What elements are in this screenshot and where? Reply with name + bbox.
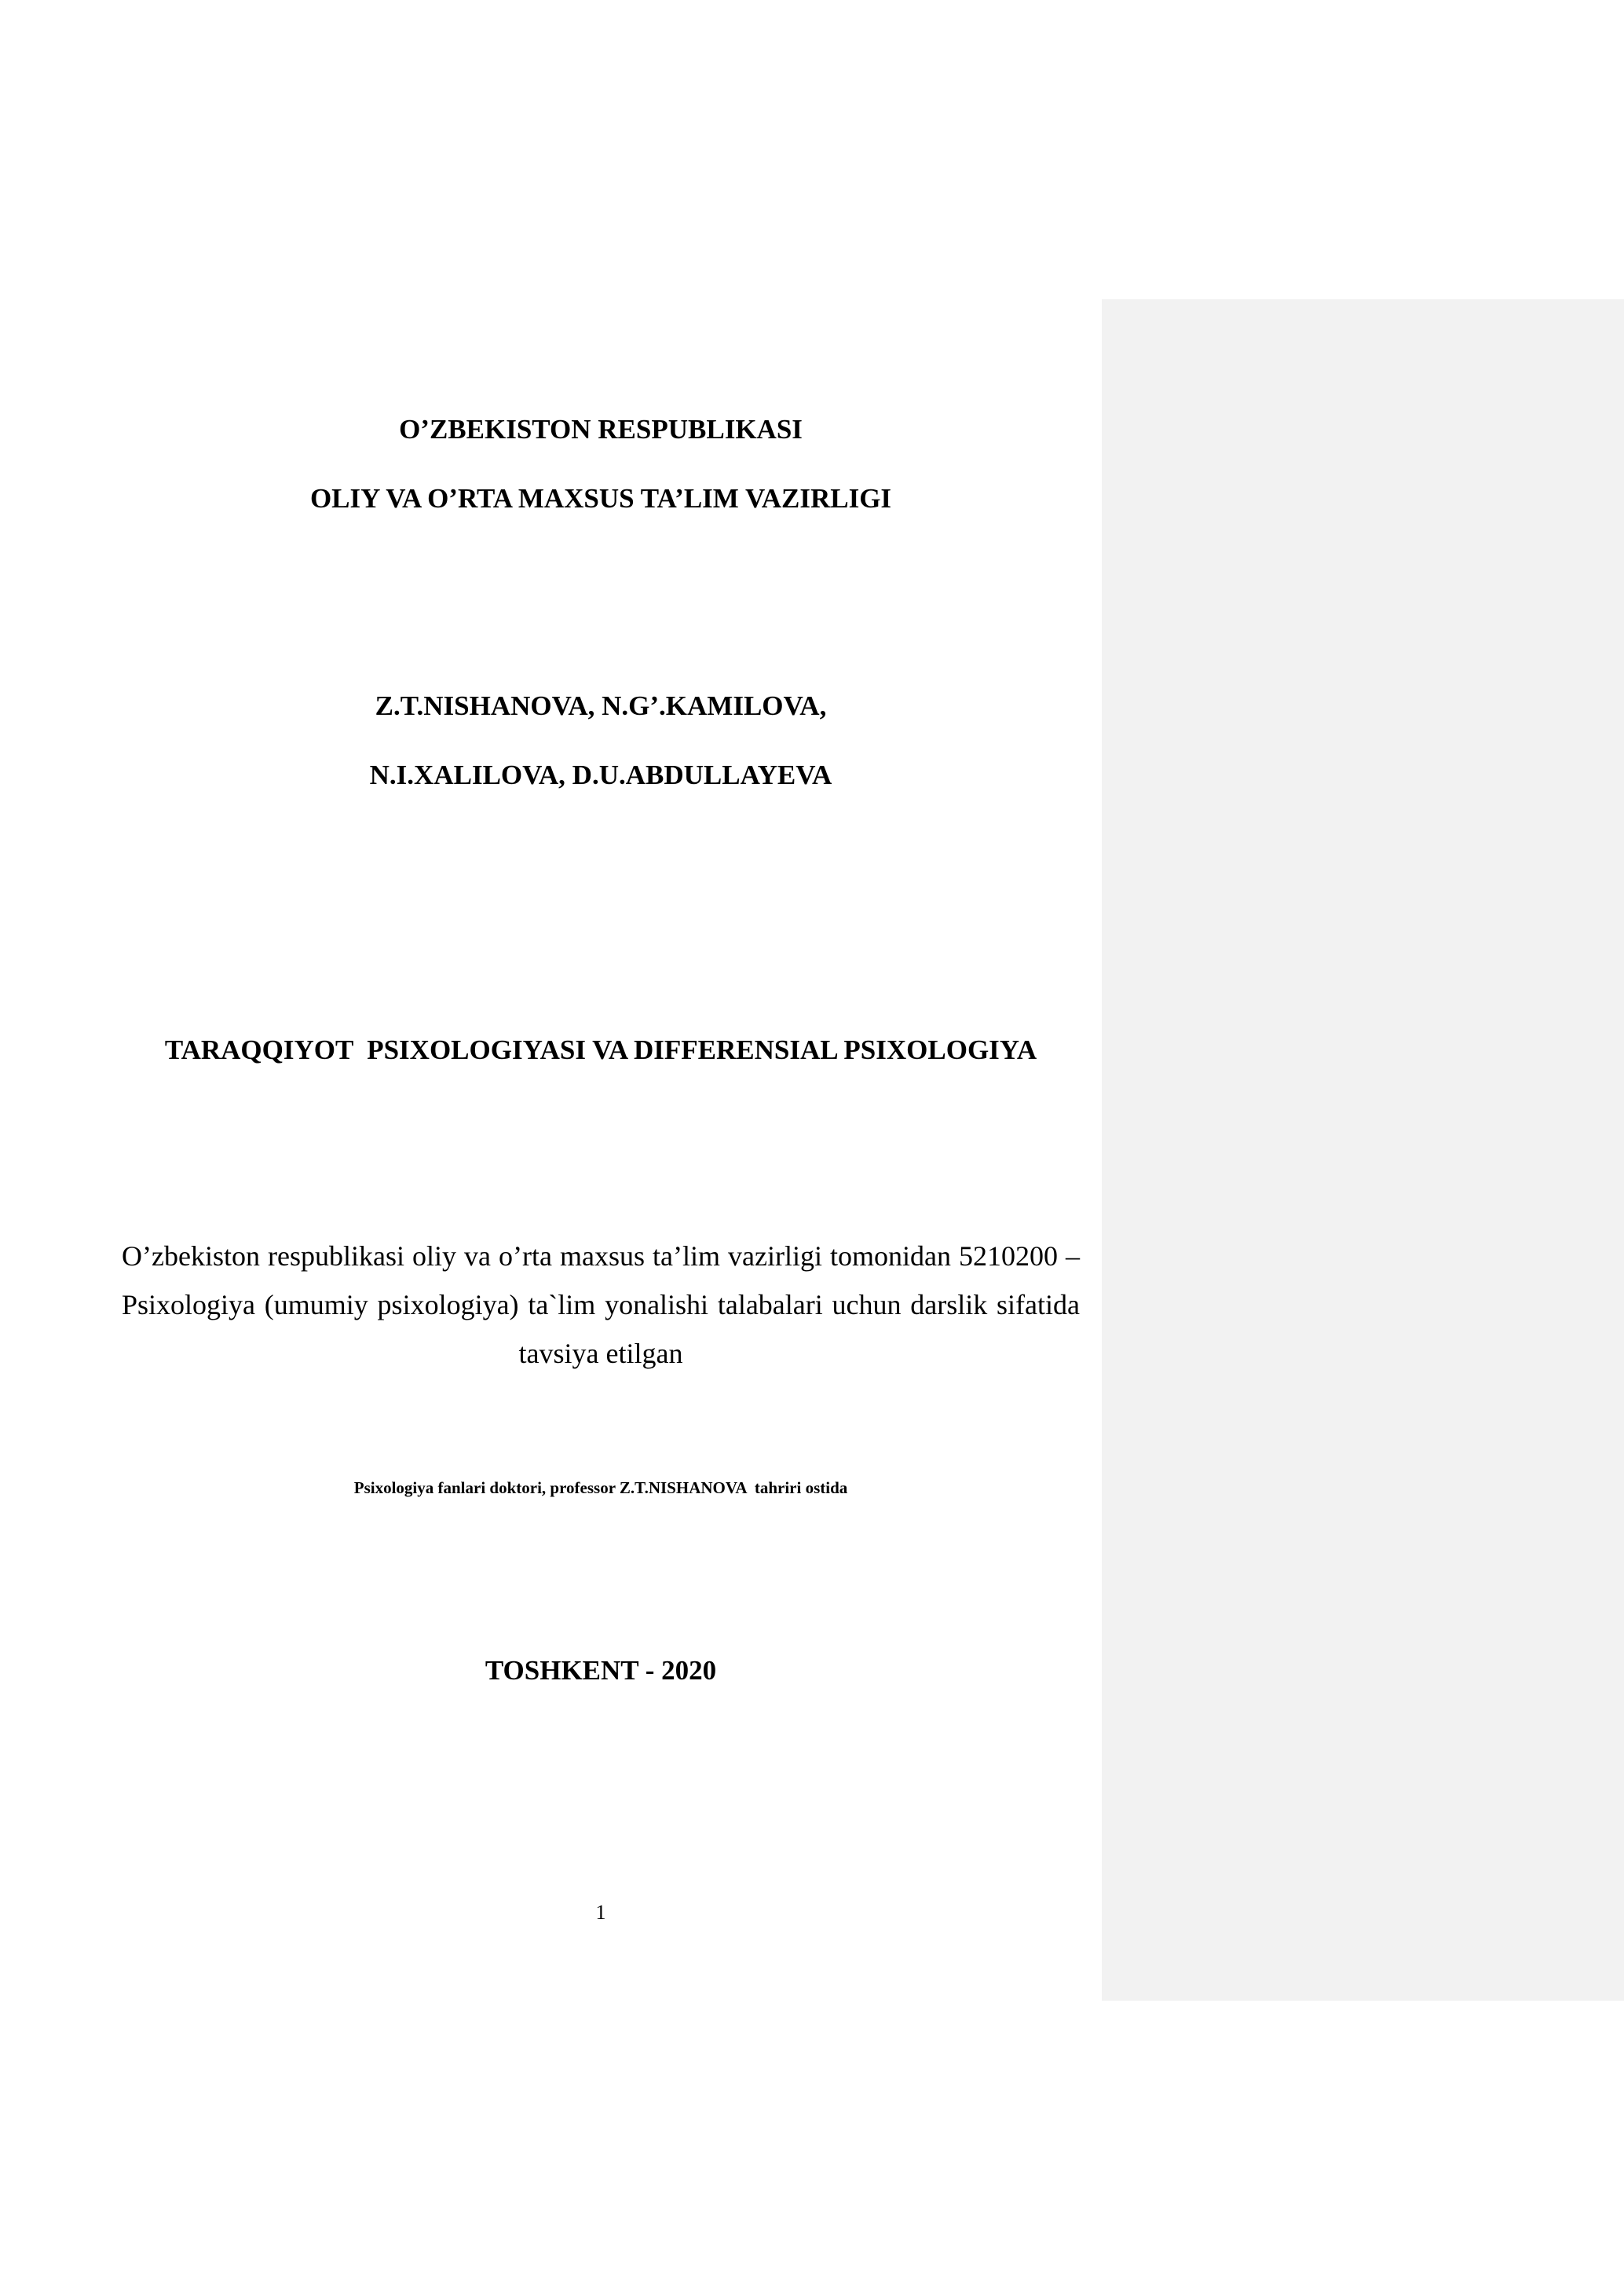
recommendation-line-2: Psixologiya (umumiy psixologiya) ta`lim … [122, 1291, 1080, 1319]
recommendation-line-3: tavsiya etilgan [122, 1339, 1080, 1368]
recommendation-line-1: O’zbekiston respublikasi oliy va o’rta m… [122, 1242, 1080, 1270]
authors-line-1: Z.T.NISHANOVA, N.G’.KAMILOVA, [122, 692, 1080, 720]
ministry-line-2: OLIY VA O’RTA MAXSUS TA’LIM VAZIRLIGI [122, 485, 1080, 512]
ministry-line-1: O’ZBEKISTON RESPUBLIKASI [122, 416, 1080, 443]
book-title: TARAQQIYOT PSIXOLOGIYASI VA DIFFERENSIAL… [122, 1036, 1080, 1064]
page-number: 1 [122, 1902, 1080, 1923]
place-year: TOSHKENT - 2020 [122, 1657, 1080, 1684]
authors-line-2: N.I.XALILOVA, D.U.ABDULLAYEVA [122, 761, 1080, 789]
editor-note: Psixologiya fanlari doktori, professor Z… [122, 1480, 1080, 1496]
comment-margin-panel [1102, 299, 1624, 2001]
